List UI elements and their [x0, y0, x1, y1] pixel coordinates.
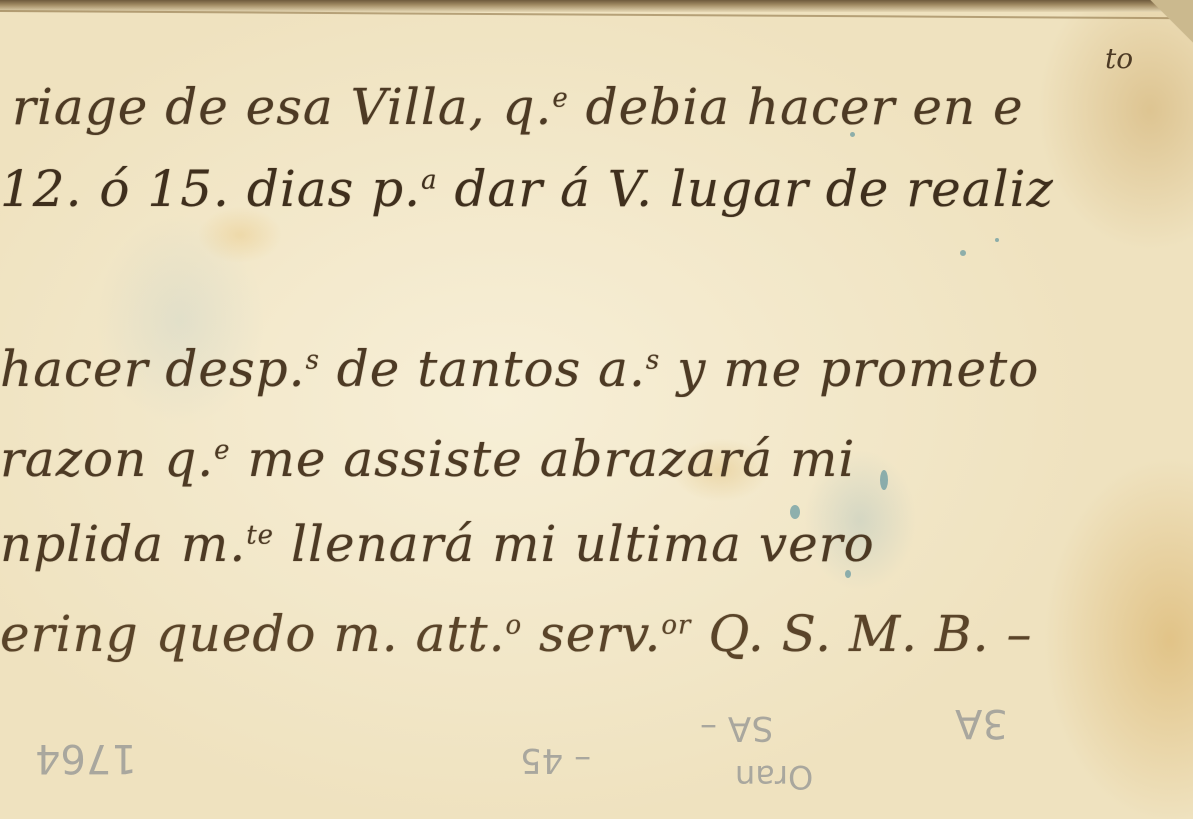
manuscript-line-4: razon q.e me assiste abrazará mi — [0, 430, 855, 488]
line-superscript: s — [306, 345, 320, 375]
pencil-mark-45: – 45 — [520, 740, 591, 780]
line-text: y me prometo — [660, 340, 1039, 398]
line-superscript: o — [505, 610, 522, 640]
line-text: debia hacer en e — [569, 78, 1024, 136]
line-text: nplida m. — [0, 515, 246, 573]
blue-speckle — [960, 250, 966, 256]
line-text: ering quedo m. att. — [0, 605, 505, 663]
line-text: de tantos a. — [320, 340, 646, 398]
corner-superscript: to — [1105, 42, 1133, 75]
manuscript-line-2: 12. ó 15. dias p.a dar á V. lugar de rea… — [0, 160, 1054, 218]
line-superscript: te — [246, 520, 274, 550]
manuscript-page: to riage de esa Villa, q.e debia hacer e… — [0, 0, 1193, 819]
pencil-mark-oran: Oran — [735, 758, 813, 796]
line-text: dar á V. lugar de realiz — [438, 160, 1054, 218]
line-superscript: s — [646, 345, 660, 375]
line-text: me assiste abrazará mi — [231, 430, 856, 488]
manuscript-line-3: hacer desp.s de tantos a.s y me prometo — [0, 340, 1039, 398]
manuscript-line-1: riage de esa Villa, q.e debia hacer en e — [12, 78, 1024, 136]
line-text: riage de esa Villa, q. — [12, 78, 552, 136]
line-superscript: e — [214, 435, 230, 465]
pencil-mark-year: 1764 — [35, 735, 137, 781]
line-superscript: e — [552, 83, 568, 113]
line-text: hacer desp. — [0, 340, 306, 398]
manuscript-line-6-closing: ering quedo m. att.o serv.or Q. S. M. B.… — [0, 605, 1032, 663]
manuscript-line-5: nplida m.te llenará mi ultima vero — [0, 515, 875, 573]
pencil-mark-sa: SA – — [700, 708, 773, 748]
line-text: serv. — [522, 605, 661, 663]
paper-corner-fold — [1133, 0, 1193, 60]
line-text: 12. ó 15. dias p. — [0, 160, 421, 218]
line-superscript: or — [661, 610, 691, 640]
pencil-mark-3a: 3A — [955, 700, 1008, 746]
line-text: razon q. — [0, 430, 214, 488]
blue-speckle — [995, 238, 999, 242]
line-superscript: a — [421, 165, 438, 195]
blue-speckle — [880, 470, 888, 490]
line-text: llenará mi ultima vero — [274, 515, 875, 573]
signature-abbreviation: Q. S. M. B. – — [692, 605, 1033, 663]
